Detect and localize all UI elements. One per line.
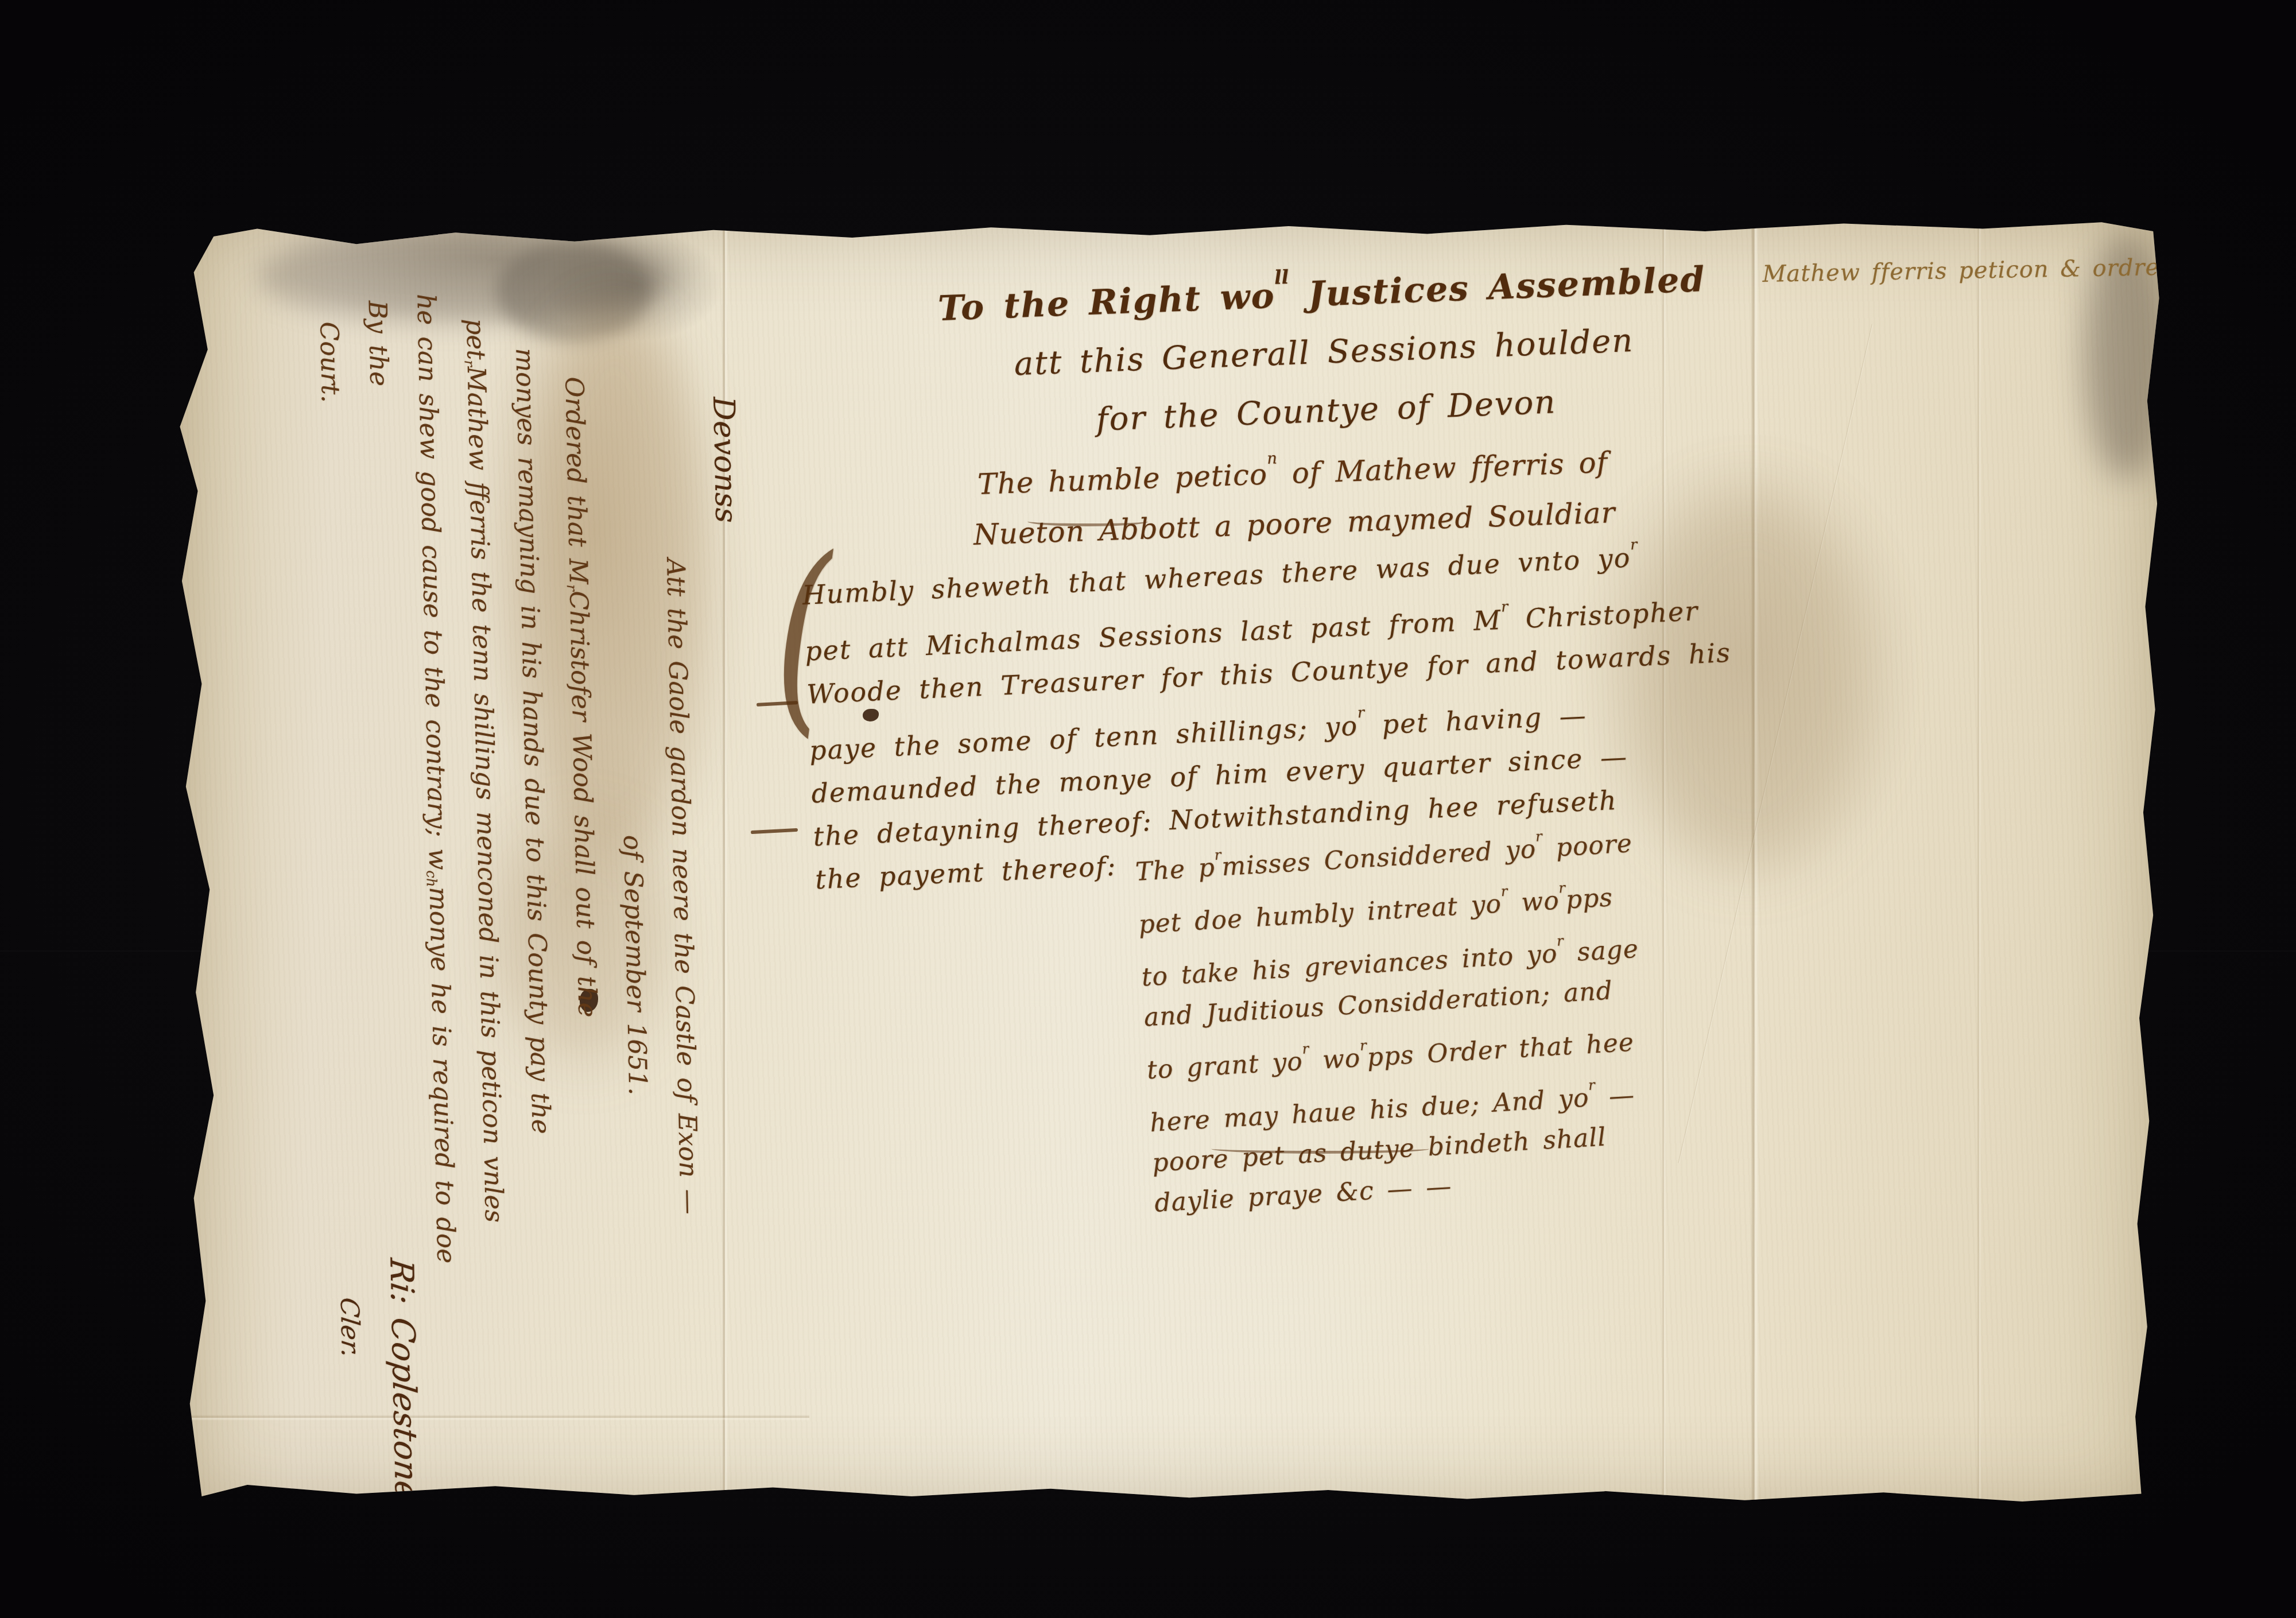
by-the-court-text: By the — [362, 300, 393, 386]
clerk-signature: Ri: Coplestone — [382, 1256, 425, 1502]
by-the-court-text: Court. — [314, 321, 345, 403]
underline-flourish-title — [1027, 517, 1148, 526]
fold-crease-far-right — [1977, 221, 1981, 1507]
clerk-signature-title: Cler. — [335, 1296, 365, 1359]
photograph-background: To the Right woll Justices Assembled att… — [0, 0, 2296, 1618]
court-order-lines: Devonss Att the Gaole gardon neere the C… — [313, 258, 778, 1524]
prayer-clause: The prmisses Considdered yor poore pet d… — [1134, 797, 1889, 1224]
court-order-marginalia: Devonss Att the Gaole gardon neere the C… — [310, 258, 752, 1515]
underline-flourish-prayer — [1211, 1144, 1429, 1154]
manuscript-sheet: To the Right woll Justices Assembled att… — [178, 221, 2161, 1507]
